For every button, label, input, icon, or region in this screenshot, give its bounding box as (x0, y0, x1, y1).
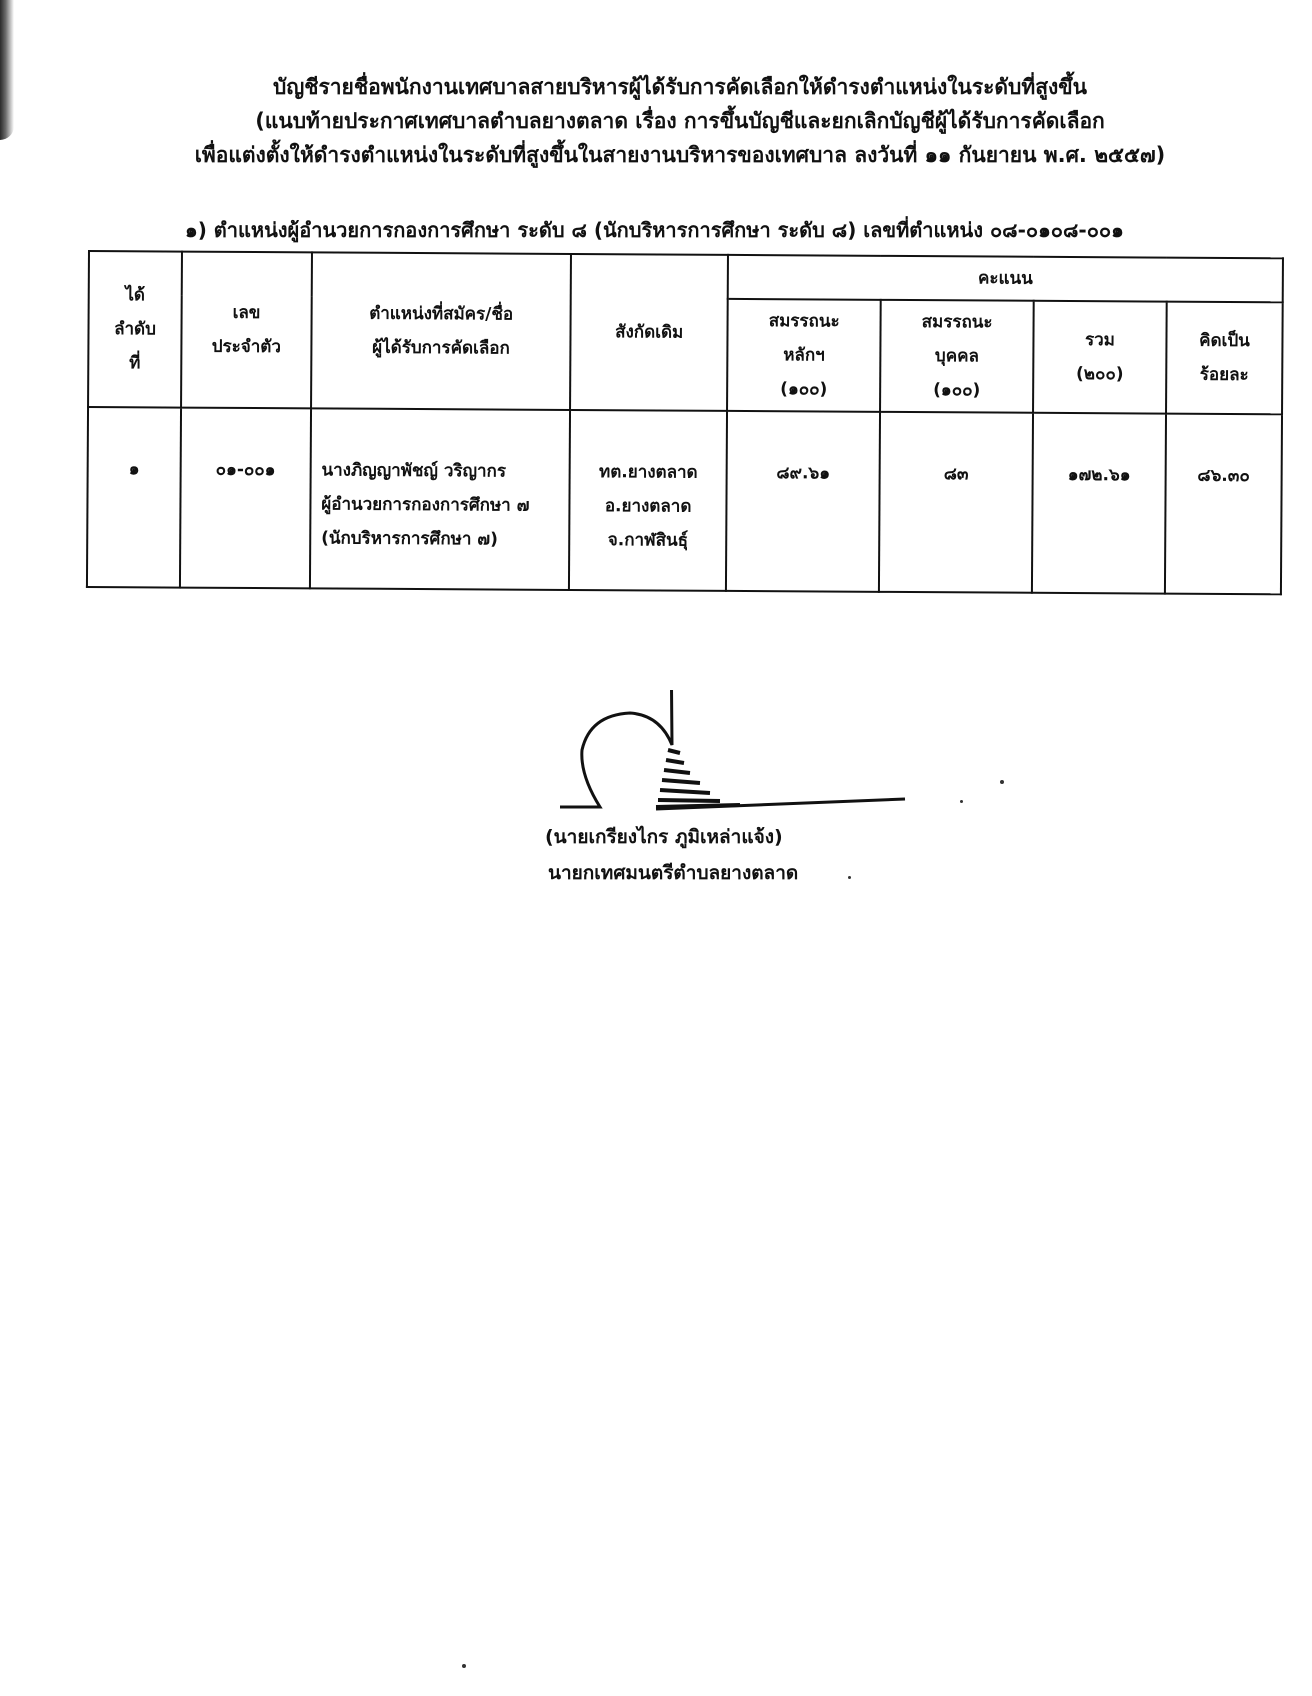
cell-position-name: นางภิญญาพัชญ์ วริญากร ผู้อำนวยการกองการศ… (310, 408, 571, 590)
cell-percent: ๘๖.๓๐ (1165, 414, 1282, 595)
signatory-title: นายกเทศมนตรีตำบลยางตลาด (548, 858, 868, 888)
title-line-2: (แนบท้ายประกาศเทศบาลตำบลยางตลาด เรื่อง ก… (180, 104, 1180, 138)
scan-speck (462, 1664, 466, 1668)
header-id: เลข ประจำตัว (181, 252, 312, 409)
table-header-row: ได้ ลำดับ ที่ เลข ประจำตัว ตำแหน่งที่สมั… (89, 251, 1283, 302)
table-row: ๑ ๐๑-๐๐๑ นางภิญญาพัชญ์ วริญากร ผู้อำนวยก… (87, 407, 1282, 594)
header-core-competency: สมรรถนะ หลักฯ (๑๐๐) (727, 299, 881, 412)
header-total: รวม (๒๐๐) (1033, 301, 1167, 414)
header-personal-competency: สมรรถนะ บุคคล (๑๐๐) (880, 300, 1034, 413)
scan-speck (848, 876, 851, 879)
cell-total: ๑๗๒.๖๑ (1032, 413, 1166, 594)
header-original-unit: สังกัดเดิม (570, 254, 728, 411)
section-heading: ๑) ตำแหน่งผู้อำนวยการกองการศึกษา ระดับ ๘… (185, 214, 1265, 246)
cell-id: ๐๑-๐๐๑ (180, 408, 311, 589)
header-percent: คิดเป็น ร้อยละ (1166, 302, 1283, 415)
scan-speck (960, 800, 963, 803)
title-line-1: บัญชีรายชื่อพนักงานเทศบาลสายบริหารผู้ได้… (180, 70, 1180, 104)
header-score-group: คะแนน (728, 255, 1283, 302)
document-title: บัญชีรายชื่อพนักงานเทศบาลสายบริหารผู้ได้… (180, 70, 1180, 172)
cell-personal-competency: ๘๓ (879, 412, 1033, 593)
candidate-score-table: ได้ ลำดับ ที่ เลข ประจำตัว ตำแหน่งที่สมั… (86, 250, 1284, 595)
header-position-name: ตำแหน่งที่สมัคร/ชื่อ ผู้ได้รับการคัดเลือ… (311, 252, 571, 410)
scan-speck (1000, 780, 1004, 784)
header-rank: ได้ ลำดับ ที่ (88, 251, 182, 408)
title-line-3: เพื่อแต่งตั้งให้ดำรงตำแหน่งในระดับที่สูง… (180, 138, 1180, 172)
cell-rank: ๑ (87, 407, 181, 588)
handwritten-signature (560, 690, 940, 820)
scan-edge-shadow (0, 0, 14, 140)
cell-original-unit: ทต.ยางตลาด อ.ยางตลาด จ.กาฬสินธุ์ (569, 410, 727, 591)
signatory-name: (นายเกรียงไกร ภูมิเหล่าแจ้ง) (545, 822, 865, 852)
cell-core-competency: ๘๙.๖๑ (726, 411, 880, 592)
